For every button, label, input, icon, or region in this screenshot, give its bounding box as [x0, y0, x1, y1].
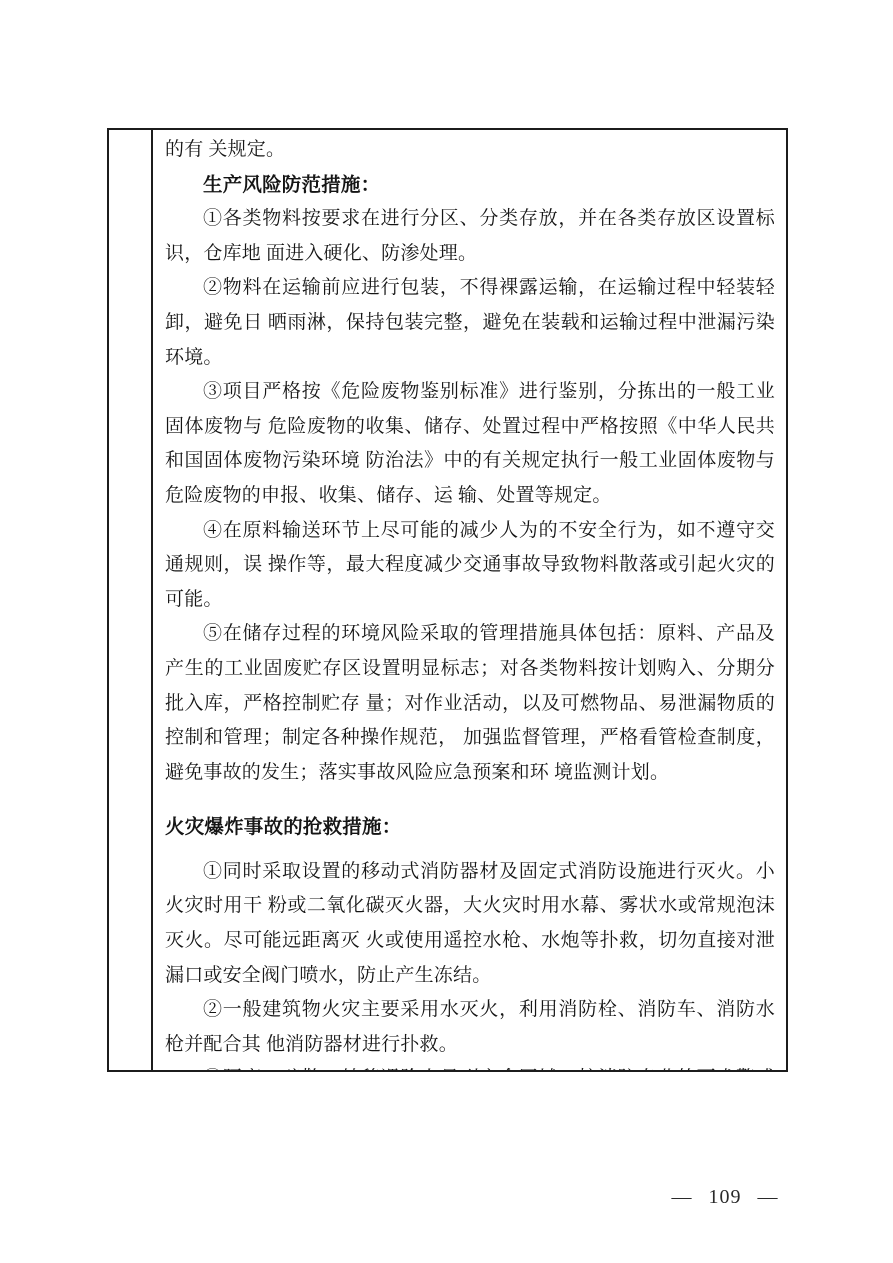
paragraph-continuation: 的有 关规定。 — [165, 133, 775, 168]
paragraph-item-3: ③项目严格按《危险废物鉴别标准》进行鉴别，分拣出的一般工业固体废物与 危险废物的… — [165, 375, 775, 513]
document-table: 的有 关规定。 生产风险防范措施： ①各类物料按要求在进行分区、分类存放，并在各… — [107, 128, 788, 1072]
rescue-paragraph-item-3: ③隔离、疏散、转移遇险人员到安全区域，按消防专业的要求警戒区，并在通 往事故现场… — [165, 1062, 775, 1070]
paragraph-item-4: ④在原料输送环节上尽可能的减少人为的不安全行为，如不遵守交通规则，误 操作等，最… — [165, 514, 775, 618]
paragraph-item-1: ①各类物料按要求在进行分区、分类存放，并在各类存放区设置标识，仓库地 面进入硬化… — [165, 202, 775, 271]
paragraph-item-5: ⑤在储存过程的环境风险采取的管理措施具体包括：原料、产品及产生的工业固废贮存区设… — [165, 617, 775, 790]
page-number: — 109 — — [660, 1186, 790, 1209]
heading-fire-explosion-rescue-measures: 火灾爆炸事故的抢救措施： — [165, 810, 775, 845]
table-content-cell: 的有 关规定。 生产风险防范措施： ①各类物料按要求在进行分区、分类存放，并在各… — [153, 130, 786, 1070]
heading-production-risk-measures: 生产风险防范措施： — [165, 168, 775, 203]
rescue-paragraph-item-2: ②一般建筑物火灾主要采用水灭火，利用消防栓、消防车、消防水枪并配合其 他消防器材… — [165, 993, 775, 1062]
rescue-paragraph-item-1: ①同时采取设置的移动式消防器材及固定式消防设施进行灭火。小火灾时用干 粉或二氧化… — [165, 855, 775, 993]
table-left-empty-cell — [109, 130, 153, 1070]
paragraph-item-2: ②物料在运输前应进行包装，不得裸露运输，在运输过程中轻装轻卸，避免日 晒雨淋，保… — [165, 271, 775, 375]
